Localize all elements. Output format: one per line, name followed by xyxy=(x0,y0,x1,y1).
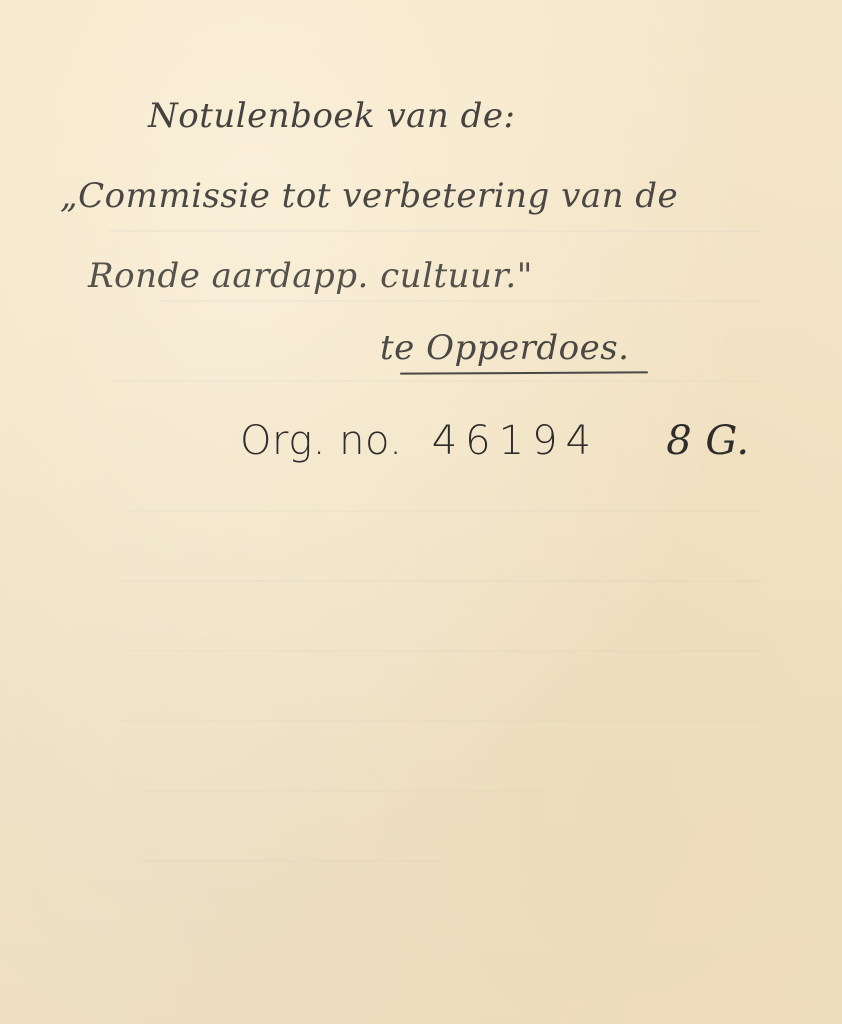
bleed-through-mark xyxy=(110,230,762,232)
location-underline xyxy=(400,371,648,374)
bleed-through-mark xyxy=(140,790,542,792)
bleed-through-mark xyxy=(160,300,762,302)
location-line: te Opperdoes. xyxy=(380,328,629,368)
bleed-through-mark xyxy=(130,510,762,512)
inventory-number: 46194 xyxy=(432,418,599,464)
commission-name-line-1: „Commissie tot verbetering van de xyxy=(60,176,678,216)
bleed-through-mark xyxy=(130,650,762,652)
inventory-prefix: Org. no. xyxy=(240,418,403,464)
commission-name-line-2: Ronde aardapp. cultuur." xyxy=(88,256,533,296)
bleed-through-mark xyxy=(140,860,442,862)
bleed-through-mark xyxy=(110,380,762,382)
bleed-through-mark xyxy=(120,720,762,722)
document-page: Notulenboek van de: „Commissie tot verbe… xyxy=(0,0,842,1024)
bleed-through-mark xyxy=(120,580,762,582)
inventory-code: 8 G. xyxy=(666,418,749,464)
inventory-number-line: Org. no. 46194 8 G. xyxy=(240,418,750,464)
title-line: Notulenboek van de: xyxy=(148,96,515,136)
